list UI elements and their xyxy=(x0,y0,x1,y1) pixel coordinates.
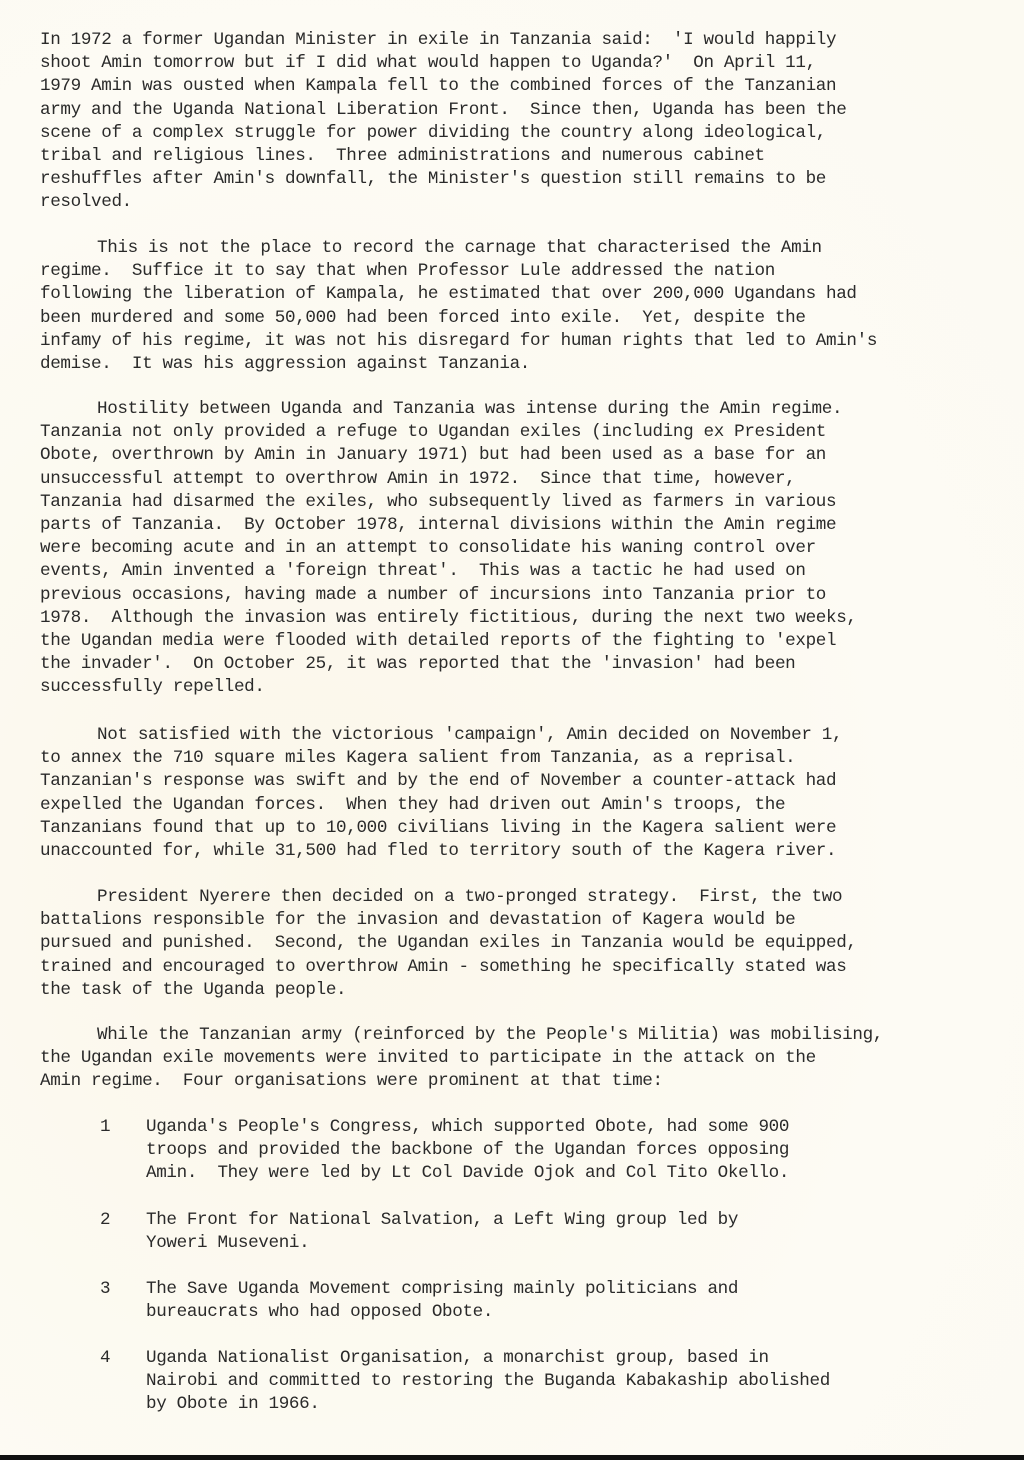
text-line: scene of a complex struggle for power di… xyxy=(40,122,1000,145)
paragraph-hostility: Hostility between Uganda and Tanzania wa… xyxy=(40,398,1000,699)
text-line: army and the Uganda National Liberation … xyxy=(40,99,1000,122)
paragraph-nyerere-strategy: President Nyerere then decided on a two-… xyxy=(40,886,1000,1002)
text-line: Amin. They were led by Lt Col Davide Ojo… xyxy=(146,1162,789,1185)
paragraph-kagera: Not satisfied with the victorious 'campa… xyxy=(40,724,1000,863)
text-line: troops and provided the backbone of the … xyxy=(146,1139,789,1162)
text-line: infamy of his regime, it was not his dis… xyxy=(40,330,1000,353)
text-line: 1979 Amin was ousted when Kampala fell t… xyxy=(40,75,1000,98)
text-line: Obote, overthrown by Amin in January 197… xyxy=(40,444,1000,467)
text-line: Hostility between Uganda and Tanzania wa… xyxy=(40,398,1000,421)
list-item: 3 The Save Uganda Movement comprising ma… xyxy=(100,1278,738,1324)
text-line: Tanzanian's response was swift and by th… xyxy=(40,770,1000,793)
text-line: previous occasions, having made a number… xyxy=(40,584,1000,607)
text-line: regime. Suffice it to say that when Prof… xyxy=(40,260,1000,283)
text-line: resolved. xyxy=(40,191,1000,214)
paragraph-exile-movements: While the Tanzanian army (reinforced by … xyxy=(40,1024,1000,1094)
text-line: In 1972 a former Ugandan Minister in exi… xyxy=(40,29,1000,52)
list-number: 3 xyxy=(100,1278,111,1301)
text-line: were becoming acute and in an attempt to… xyxy=(40,537,1000,560)
text-line: Uganda's People's Congress, which suppor… xyxy=(146,1116,789,1139)
text-line: Nairobi and committed to restoring the B… xyxy=(146,1370,830,1393)
text-line: Uganda Nationalist Organisation, a monar… xyxy=(146,1347,830,1370)
text-line: to annex the 710 square miles Kagera sal… xyxy=(40,747,1000,770)
scan-bottom-edge xyxy=(0,1455,1024,1460)
text-line: Not satisfied with the victorious 'campa… xyxy=(40,724,1000,747)
text-line: The Front for National Salvation, a Left… xyxy=(146,1209,738,1232)
text-line: demise. It was his aggression against Ta… xyxy=(40,353,1000,376)
text-line: the Ugandan exile movements were invited… xyxy=(40,1047,1000,1070)
text-line: bureaucrats who had opposed Obote. xyxy=(146,1301,738,1324)
text-line: Yoweri Museveni. xyxy=(146,1232,738,1255)
text-line: the invader'. On October 25, it was repo… xyxy=(40,653,1000,676)
text-line: Tanzania had disarmed the exiles, who su… xyxy=(40,491,1000,514)
list-number: 4 xyxy=(100,1347,111,1370)
text-line: been murdered and some 50,000 had been f… xyxy=(40,307,1000,330)
text-line: parts of Tanzania. By October 1978, inte… xyxy=(40,514,1000,537)
paragraph-intro: In 1972 a former Ugandan Minister in exi… xyxy=(40,29,1000,215)
text-line: President Nyerere then decided on a two-… xyxy=(40,886,1000,909)
text-line: expelled the Ugandan forces. When they h… xyxy=(40,794,1000,817)
text-line: pursued and punished. Second, the Uganda… xyxy=(40,932,1000,955)
text-line: unsuccessful attempt to overthrow Amin i… xyxy=(40,468,1000,491)
text-line: reshuffles after Amin's downfall, the Mi… xyxy=(40,168,1000,191)
text-line: tribal and religious lines. Three admini… xyxy=(40,145,1000,168)
text-line: Tanzania not only provided a refuge to U… xyxy=(40,421,1000,444)
list-item: 2 The Front for National Salvation, a Le… xyxy=(100,1209,738,1255)
text-line: trained and encouraged to overthrow Amin… xyxy=(40,956,1000,979)
text-line: shoot Amin tomorrow but if I did what wo… xyxy=(40,52,1000,75)
text-line: the Ugandan media were flooded with deta… xyxy=(40,630,1000,653)
text-line: battalions responsible for the invasion … xyxy=(40,909,1000,932)
text-line: This is not the place to record the carn… xyxy=(40,237,1000,260)
paragraph-amin-regime: This is not the place to record the carn… xyxy=(40,237,1000,376)
text-line: the task of the Uganda people. xyxy=(40,979,1000,1002)
list-item: 4 Uganda Nationalist Organisation, a mon… xyxy=(100,1347,830,1417)
text-line: unaccounted for, while 31,500 had fled t… xyxy=(40,840,1000,863)
list-item: 1 Uganda's People's Congress, which supp… xyxy=(100,1116,789,1186)
text-line: 1978. Although the invasion was entirely… xyxy=(40,607,1000,630)
text-line: The Save Uganda Movement comprising main… xyxy=(146,1278,738,1301)
list-number: 1 xyxy=(100,1116,111,1139)
text-line: Tanzanians found that up to 10,000 civil… xyxy=(40,817,1000,840)
text-line: Amin regime. Four organisations were pro… xyxy=(40,1070,1000,1093)
text-line: successfully repelled. xyxy=(40,676,1000,699)
document-page: In 1972 a former Ugandan Minister in exi… xyxy=(0,0,1024,1460)
text-line: following the liberation of Kampala, he … xyxy=(40,283,1000,306)
text-line: events, Amin invented a 'foreign threat'… xyxy=(40,560,1000,583)
list-number: 2 xyxy=(100,1209,111,1232)
text-line: by Obote in 1966. xyxy=(146,1393,830,1416)
text-line: While the Tanzanian army (reinforced by … xyxy=(40,1024,1000,1047)
